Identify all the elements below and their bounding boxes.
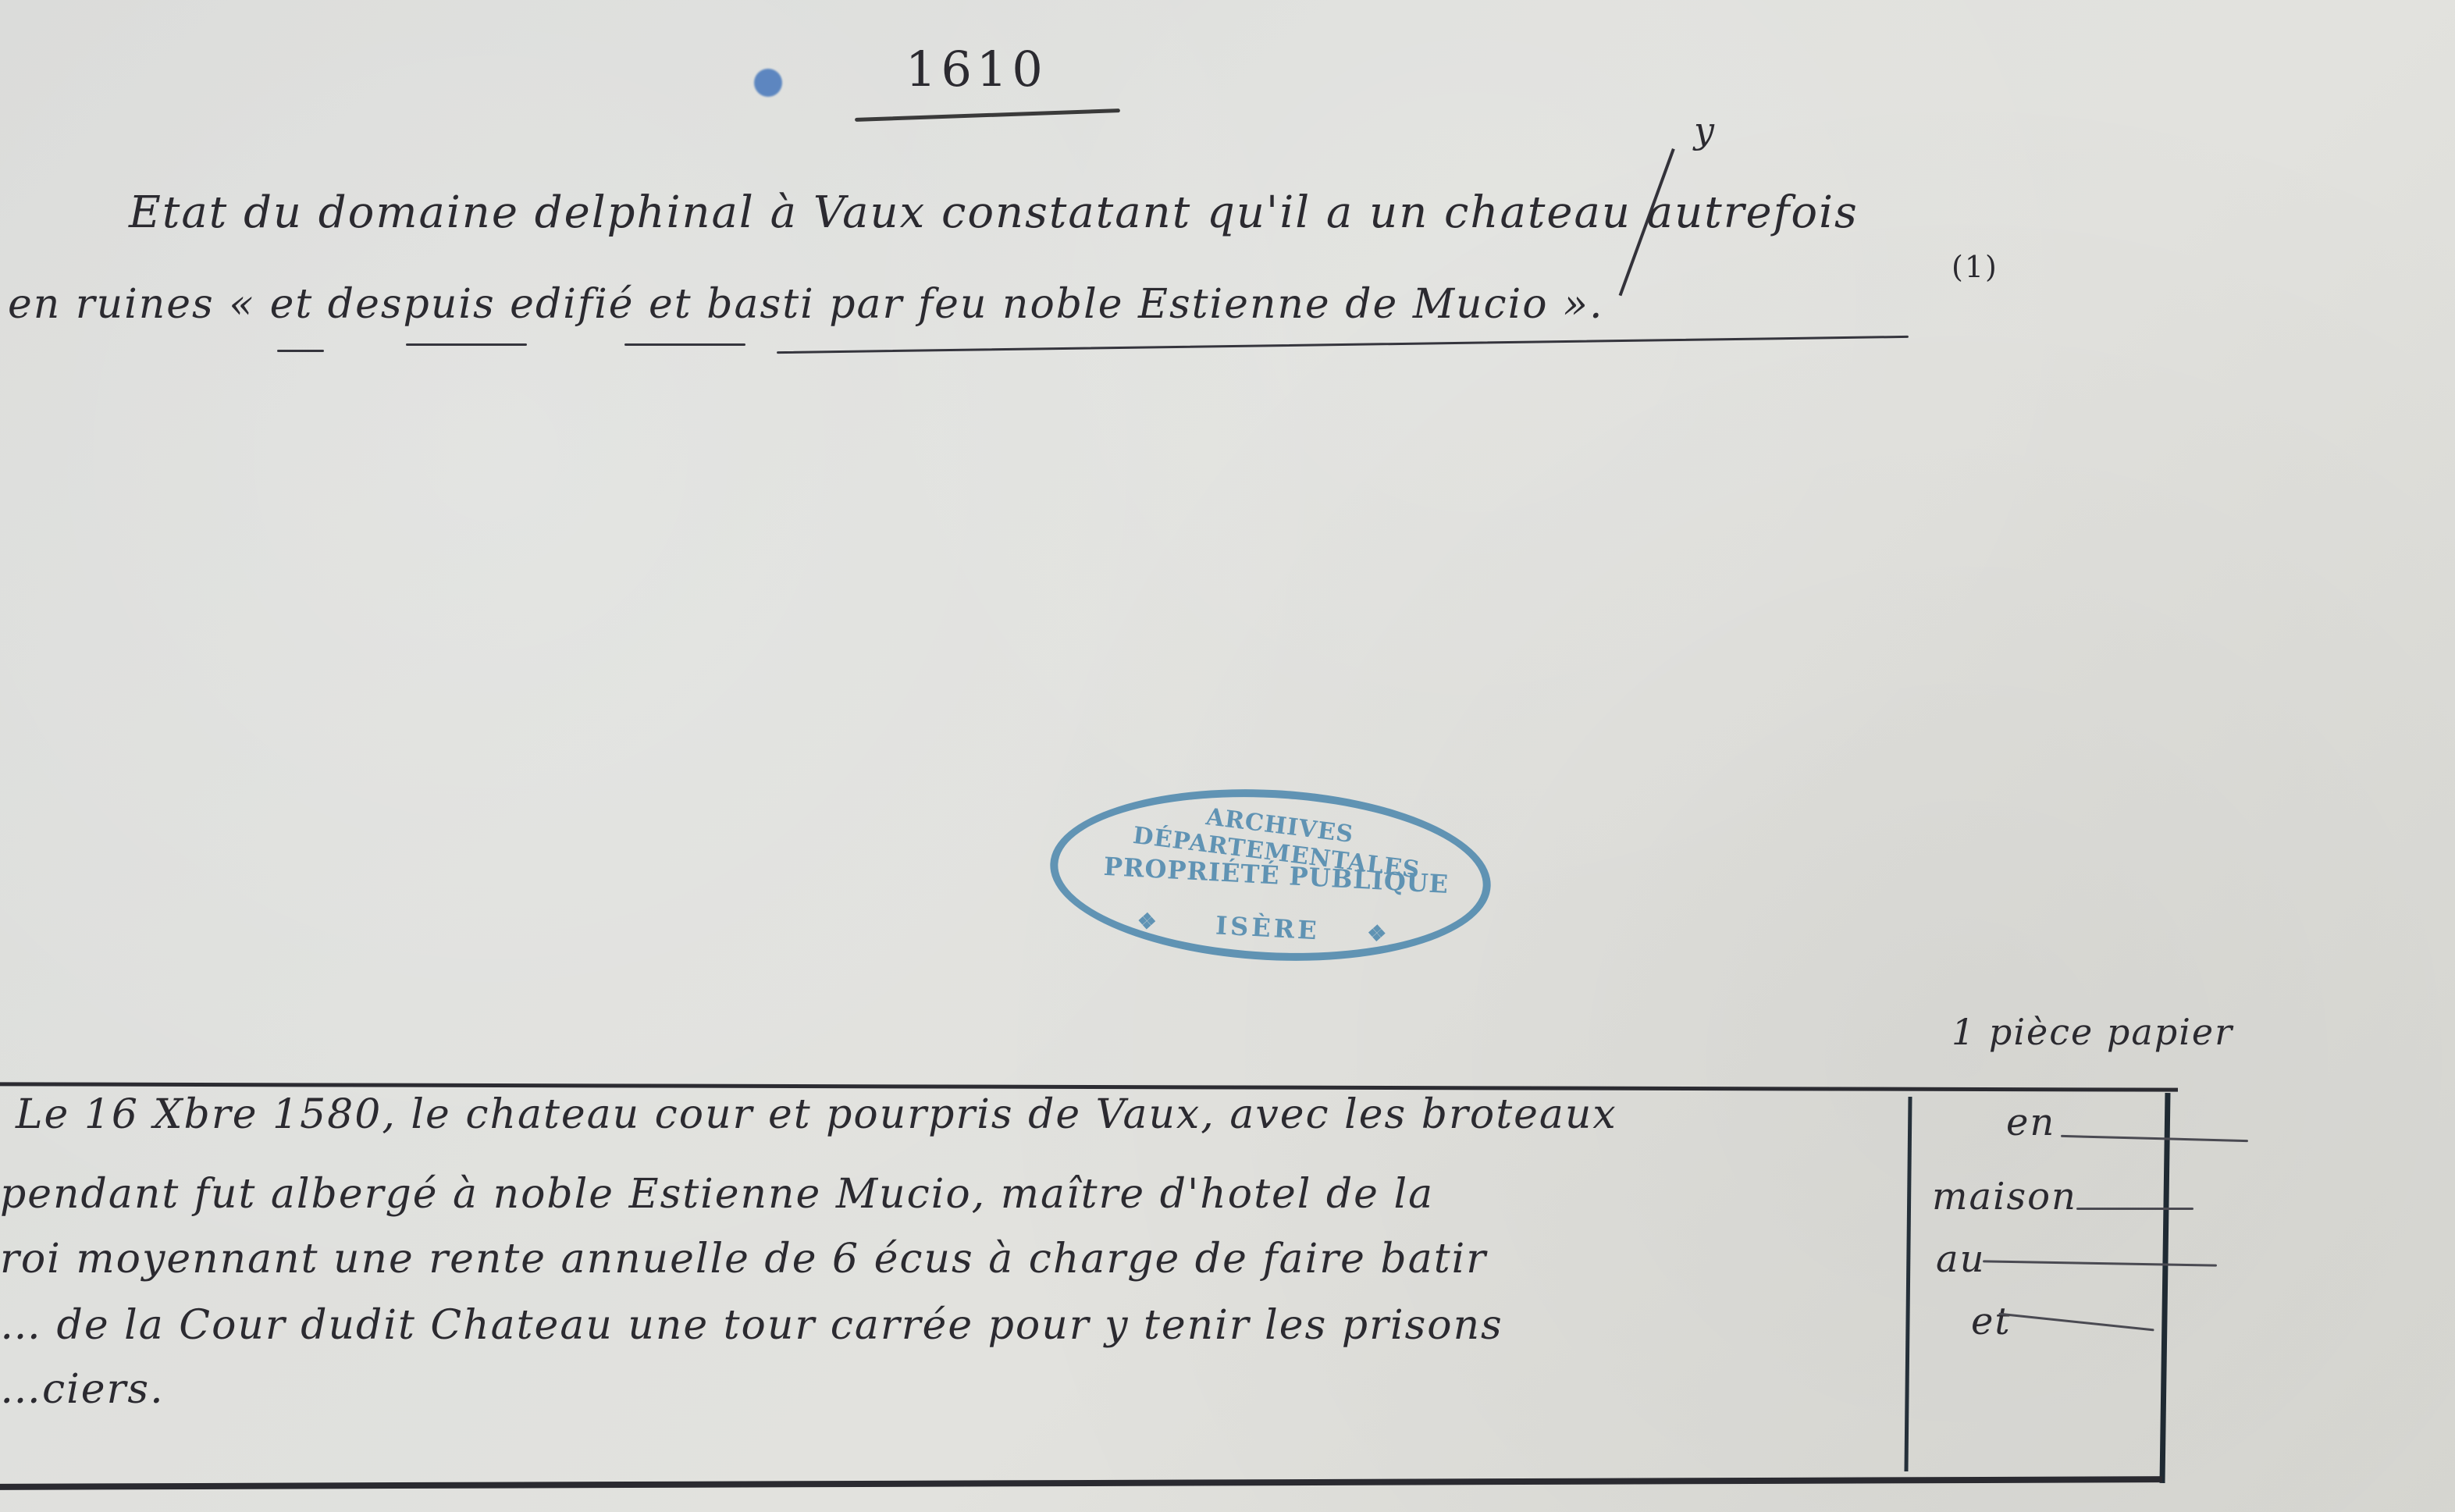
footnote-marker: (1) [1952, 250, 1998, 284]
entry-line-1: Le 16 Xbre 1580, le chateau cour et pour… [16, 1091, 1617, 1138]
side-note: 1 pièce papier [1952, 1011, 2233, 1053]
table-right-border [2160, 1093, 2171, 1483]
line-filler-1 [2061, 1135, 2248, 1142]
margin-word-4: et [1971, 1300, 2012, 1343]
stamp-ornament-right-icon: ❖ [1366, 920, 1387, 947]
interlinear-insertion: y [1694, 109, 1716, 151]
line-filler-2 [2076, 1208, 2193, 1210]
title-line-1: Etat du domaine delphinal à Vaux constat… [129, 187, 1859, 238]
entry-line-5: …ciers. [0, 1366, 165, 1413]
table-top-rule [0, 1082, 2178, 1091]
archive-stamp: ARCHIVES DÉPARTEMENTALES PROPRIÉTÉ PUBLI… [1046, 778, 1496, 971]
document-year: 1610 [906, 41, 1048, 98]
blue-ink-dot [754, 69, 782, 97]
year-underline [855, 109, 1120, 122]
line-filler-4 [1998, 1313, 2154, 1332]
entry-line-4: … de la Cour dudit Chateau une tour carr… [0, 1302, 1503, 1349]
underline-et [277, 350, 324, 352]
margin-word-1: en [2006, 1101, 2055, 1144]
entry-line-3: roi moyennant une rente annuelle de 6 éc… [0, 1236, 1487, 1283]
table-column-divider [1904, 1097, 1912, 1471]
underline-edifie [624, 343, 745, 346]
margin-word-2: maison [1932, 1175, 2077, 1218]
stamp-line-3: ISÈRE [1055, 902, 1481, 954]
line-filler-3 [1983, 1260, 2217, 1266]
entry-line-2: pendant fut albergé à noble Estienne Muc… [0, 1171, 1434, 1218]
margin-word-3: au [1936, 1237, 1986, 1281]
table-bottom-rule [0, 1476, 2162, 1490]
underline-basti-mucio [777, 336, 1909, 354]
title-line-2: en ruines « et despuis edifié et basti p… [8, 281, 1603, 328]
underline-despuis [406, 343, 527, 346]
